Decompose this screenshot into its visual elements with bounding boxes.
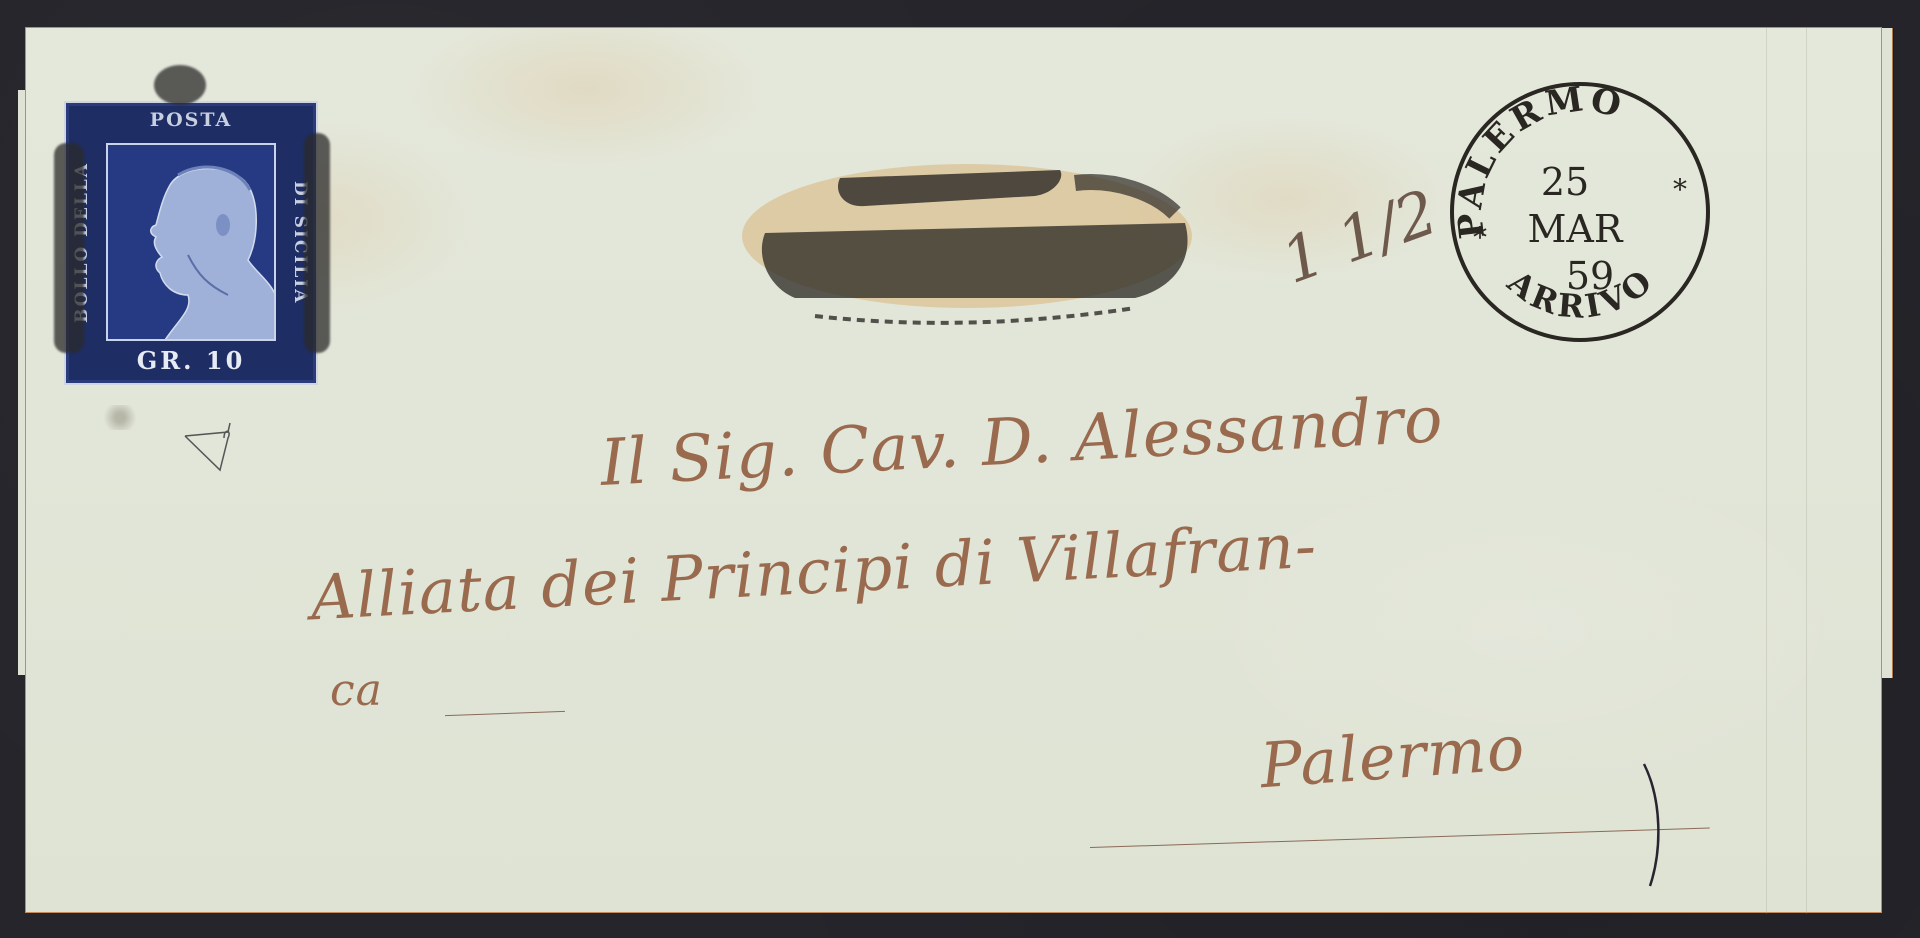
stamp-denomination: GR. 10 xyxy=(66,346,316,375)
datestamp-year: 59 xyxy=(1566,254,1614,298)
fold-line xyxy=(1806,28,1807,914)
cancel-blot xyxy=(154,65,206,105)
datestamp-day: 25 xyxy=(1541,160,1589,204)
fold-line xyxy=(1766,28,1767,914)
cancel-bar xyxy=(304,133,330,353)
star-ornament-icon: * xyxy=(1473,221,1487,254)
stamp-top-text: POSTA xyxy=(66,109,316,131)
oval-obliterator xyxy=(735,148,1200,328)
star-ornament-icon: * xyxy=(1673,173,1687,206)
foxing-spot xyxy=(100,405,140,430)
cancel-bar xyxy=(54,143,84,353)
palermo-arrival-datestamp: PALERMO ARRIVO 25 MAR 59 * * xyxy=(1445,77,1715,347)
stamp-portrait-frame xyxy=(106,143,276,341)
address-line-3: ca xyxy=(330,665,383,716)
bracket-mark xyxy=(1640,760,1670,890)
datestamp-month: MAR xyxy=(1528,207,1624,251)
pencil-mark-icon xyxy=(180,418,250,478)
postage-stamp: POSTA BOLLO DELLA DI SICILIA GR. 10 xyxy=(66,103,316,383)
king-portrait-icon xyxy=(108,145,276,341)
